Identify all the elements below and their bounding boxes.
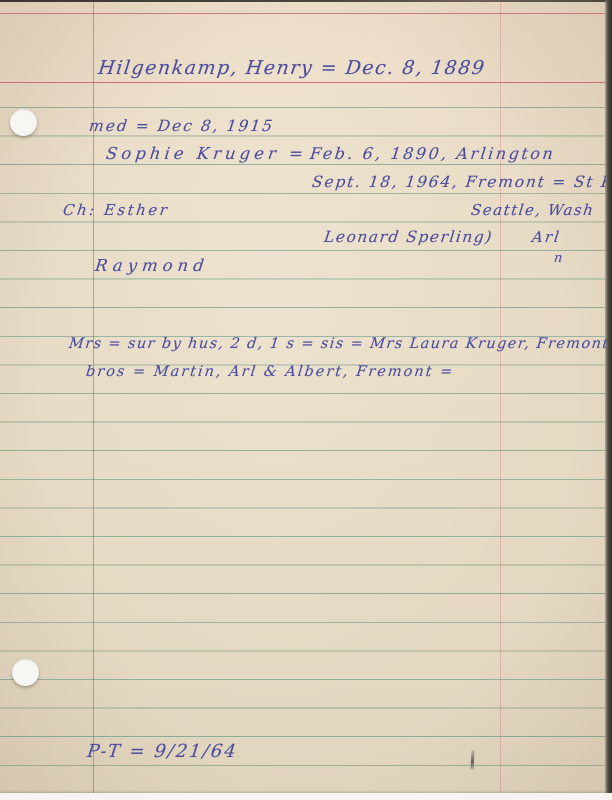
notebook-page: Hilgenkamp, Henry = Dec. 8, 1889 med = D… [0, 0, 612, 800]
handwriting-spouse-death: Sept. 18, 1964, Fremont = St P = [311, 173, 612, 191]
handwriting-child-spouse: Leonard Sperling) [323, 228, 494, 246]
handwriting-children-line: Ch: Esther [62, 201, 171, 219]
handwriting-child-place: Arl [531, 228, 562, 246]
handwriting-married-line: med = Dec 8, 1915 [88, 117, 275, 135]
handwriting-footer-date: P-T = 9/21/64 [86, 741, 239, 762]
handwriting-title: Hilgenkamp, Henry = Dec. 8, 1889 [97, 57, 487, 79]
handwriting-residence: Seattle, Wash [470, 201, 595, 219]
scan-edge-right [605, 0, 612, 800]
top-margin-line [0, 13, 605, 14]
scan-edge-top [0, 0, 612, 2]
handwriting-survivors-line2: bros = Martin, Arl & Albert, Fremont = [85, 364, 455, 380]
handwriting-survivors-line1: Mrs = sur by hus, 2 d, 1 s = sis = Mrs L… [68, 336, 612, 352]
hole-punch-bottom [12, 659, 39, 686]
hole-punch-top [10, 109, 37, 136]
handwriting-spouse-birth: Feb. 6, 1890, Arlington [309, 144, 557, 163]
scan-edge-bottom [0, 793, 612, 800]
handwriting-spouse-name: Sophie Kruger = [105, 144, 308, 163]
header-rule-line [0, 82, 605, 83]
handwriting-child2: Raymond [94, 256, 210, 275]
right-margin-line [500, 0, 501, 793]
